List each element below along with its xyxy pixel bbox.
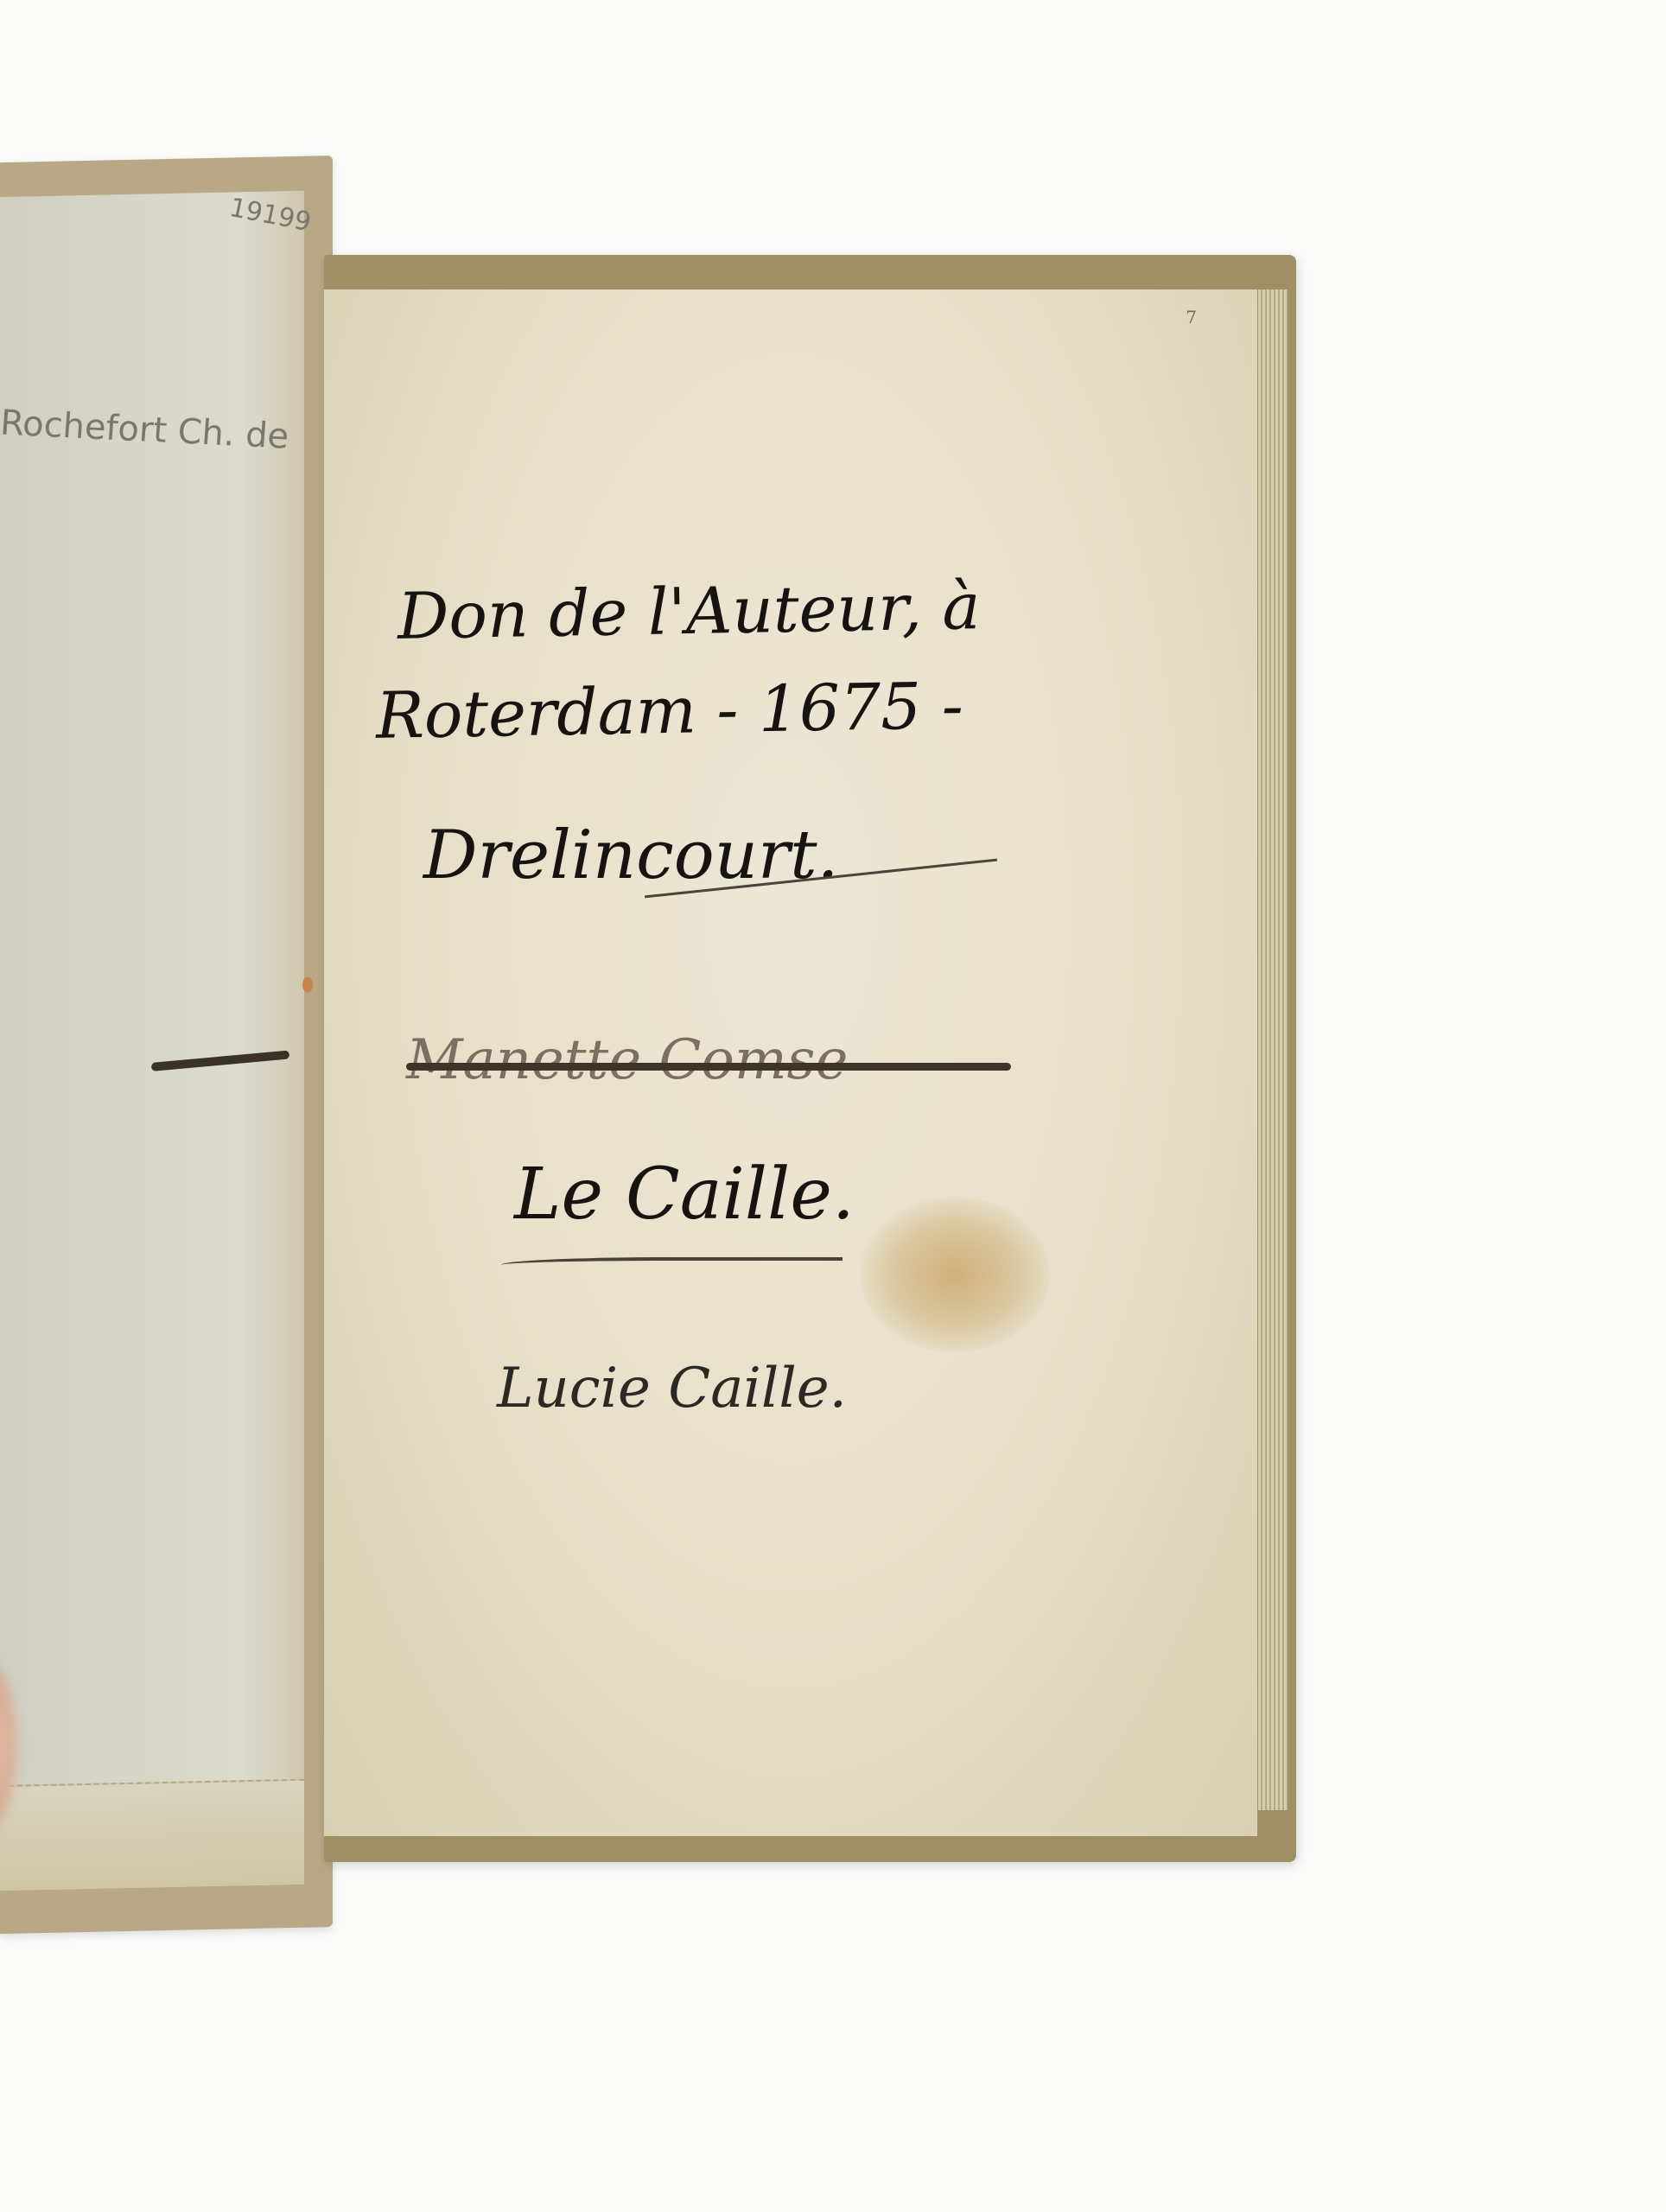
struck-inscription: Manette Comse bbox=[406, 1028, 848, 1092]
corner-mark: 7 bbox=[1186, 307, 1197, 327]
free-endpaper: 7 Don de l'Auteur, à Roterdam - 1675 - D… bbox=[324, 289, 1257, 1836]
shelfmark-number: 19199 bbox=[226, 193, 314, 238]
right-cover: 7 Don de l'Auteur, à Roterdam - 1675 - D… bbox=[324, 255, 1296, 1862]
left-board: 19199 Rochefort Ch. de bbox=[0, 156, 333, 1934]
underline-flourish bbox=[501, 1257, 843, 1273]
inscription-lucie-caille: Lucie Caille. bbox=[497, 1357, 847, 1421]
pastedown: 19199 Rochefort Ch. de bbox=[0, 191, 304, 1891]
strike-through-line bbox=[406, 1063, 1011, 1071]
rust-spot bbox=[302, 976, 313, 992]
cover-turn-in bbox=[0, 1779, 304, 1891]
ink-dash-mark bbox=[151, 1050, 289, 1071]
page-edges bbox=[1258, 289, 1288, 1810]
inscription-line-1: Don de l'Auteur, à bbox=[397, 569, 981, 654]
inscription-le-caille: Le Caille. bbox=[514, 1154, 855, 1236]
foxing-stain bbox=[860, 1197, 1050, 1352]
pencil-owner-note: Rochefort Ch. de bbox=[0, 403, 290, 456]
inscription-line-2: Roterdam - 1675 - bbox=[375, 669, 963, 753]
